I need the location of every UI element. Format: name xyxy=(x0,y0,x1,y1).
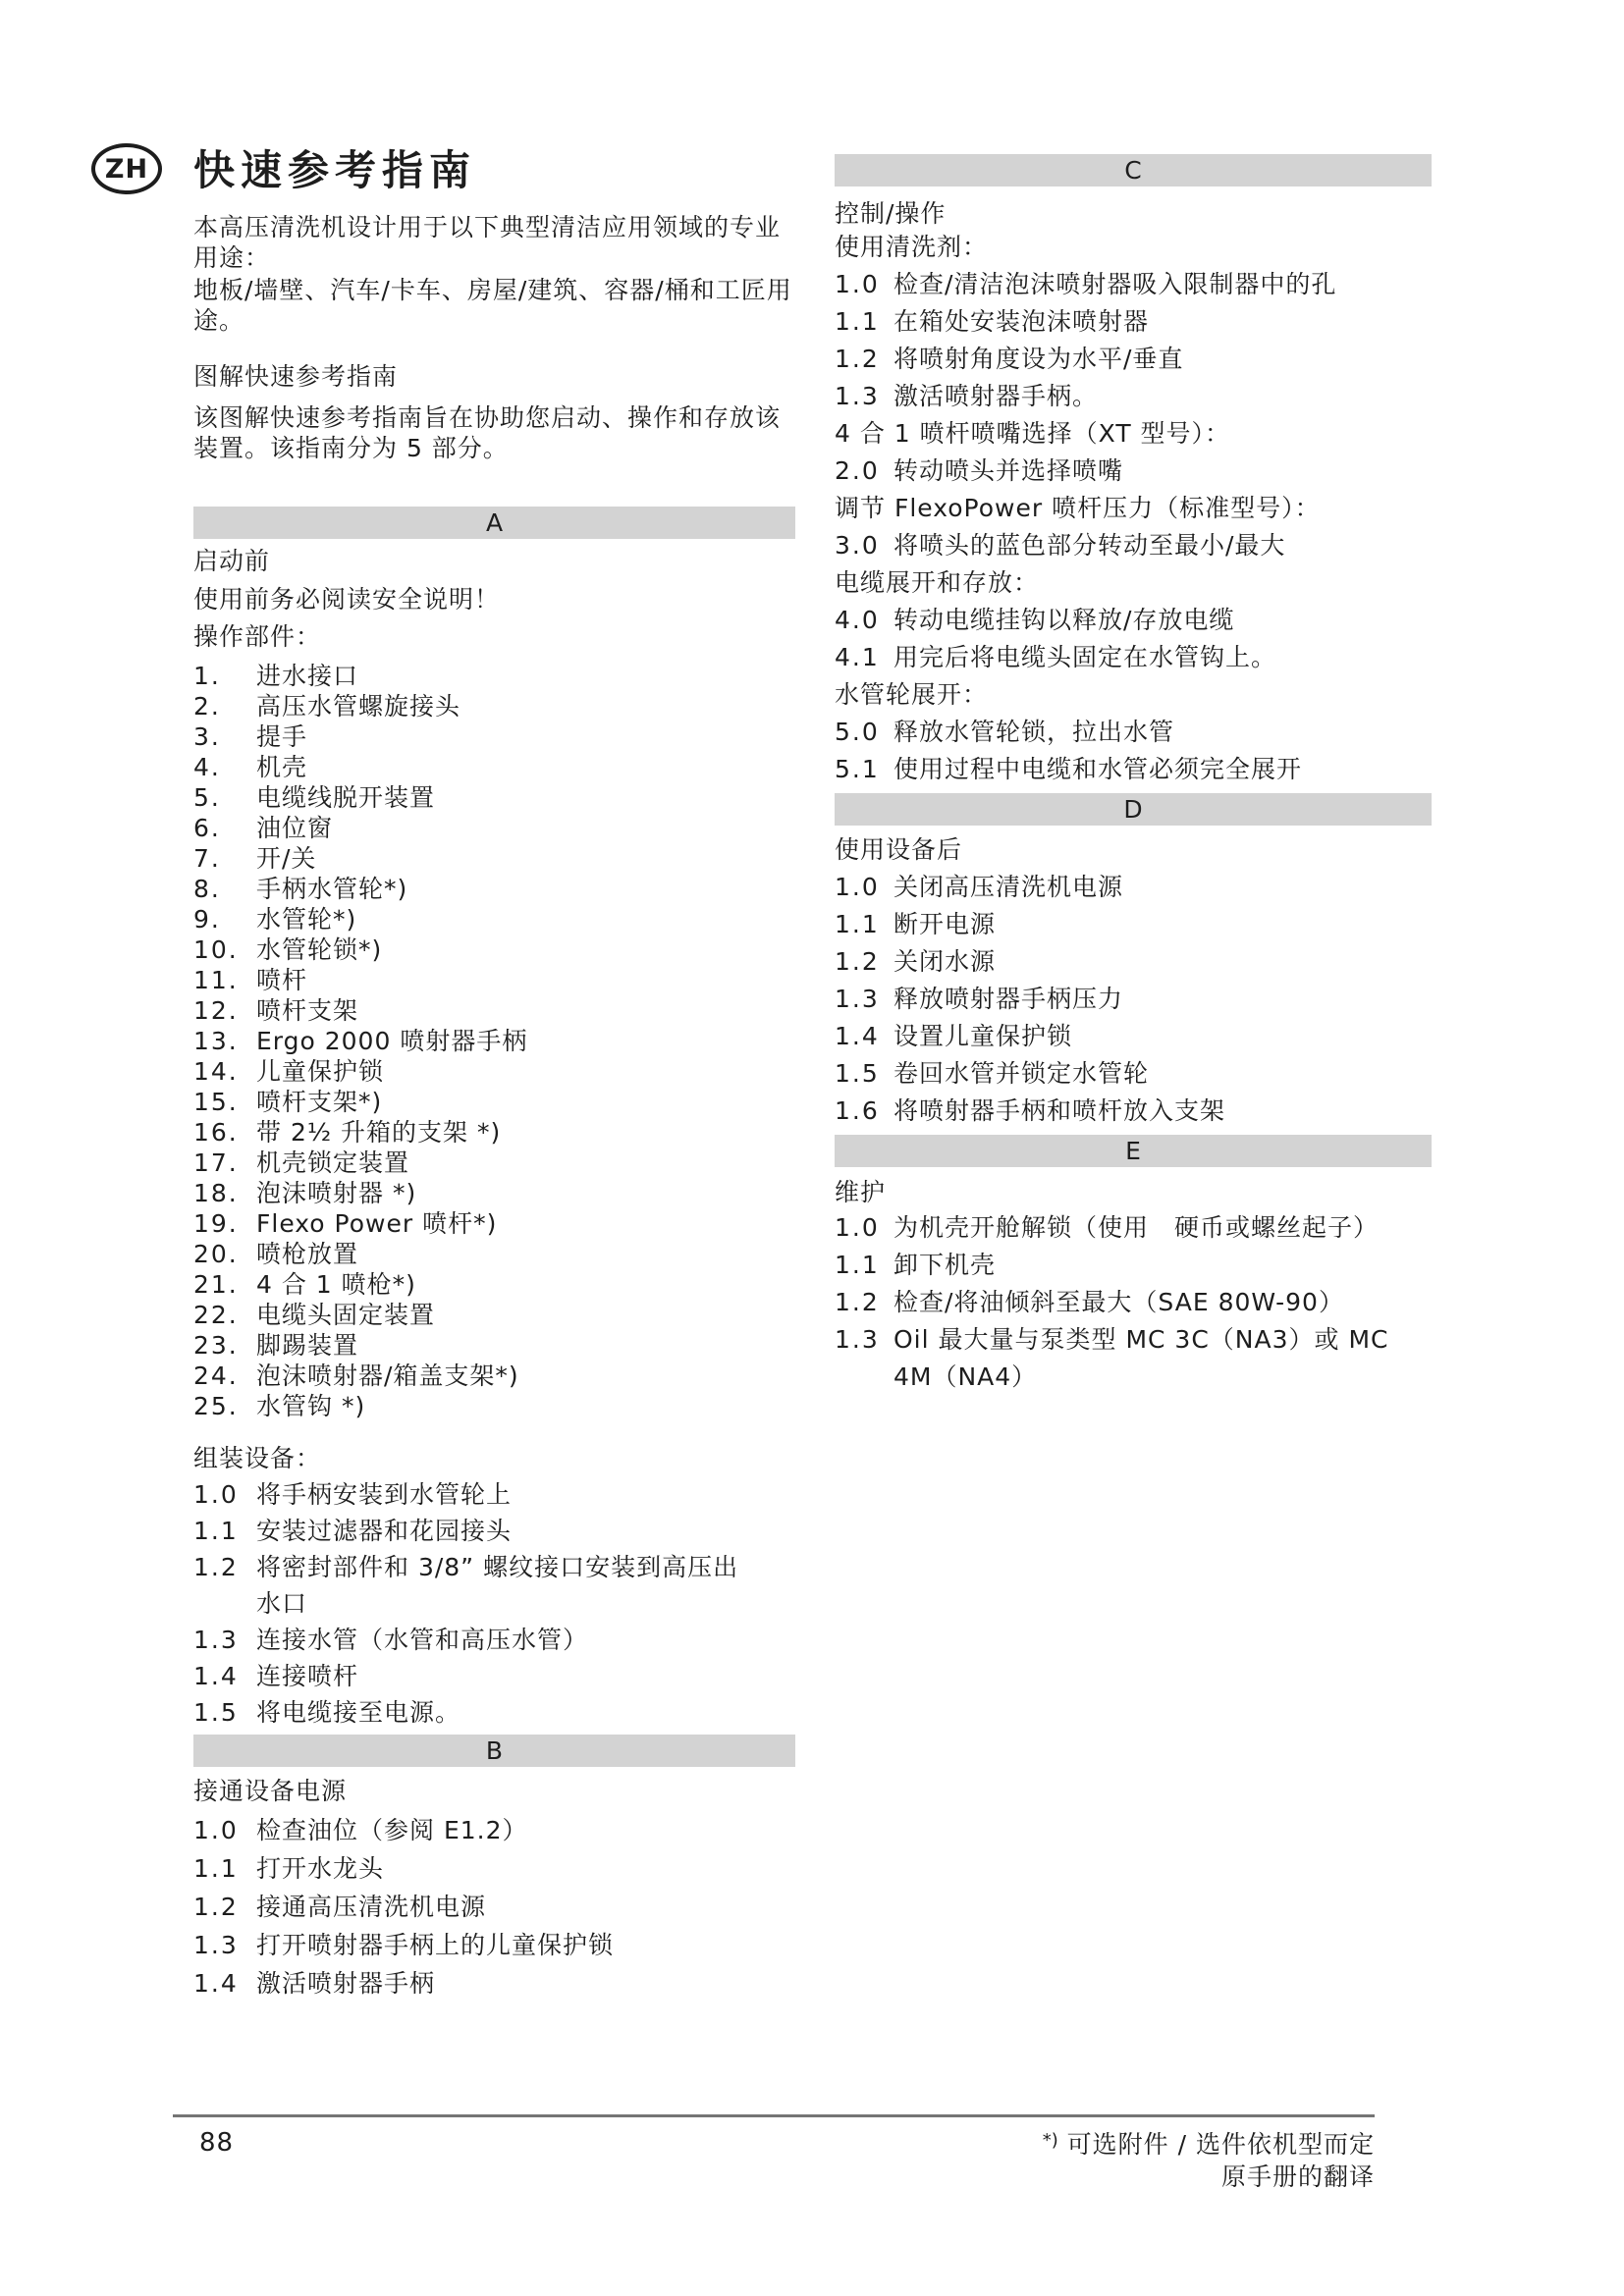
step-row: 1.1 卸下机壳 xyxy=(835,1252,1432,1279)
page-title: 快速参考指南 xyxy=(193,145,795,196)
step-number: 1.1 xyxy=(193,1854,256,1883)
part-number: 2. xyxy=(193,691,256,721)
part-number: 12. xyxy=(193,995,256,1026)
step-text: 卸下机壳 xyxy=(893,1252,1432,1279)
instruction-row: 2.0 转动喷头并选择喷嘴 xyxy=(835,457,1432,485)
footnote: *) 可选附件 / 选件依机型而定 原手册的翻译 xyxy=(1043,2124,1375,2193)
part-row: 5. 电缆线脱开装置 xyxy=(193,782,795,813)
part-text: 水管轮锁*) xyxy=(256,934,795,965)
step-text: 为机壳开舱解锁（使用 硬币或螺丝起子） xyxy=(893,1214,1432,1242)
part-row: 11. 喷杆 xyxy=(193,965,795,995)
part-number: 16. xyxy=(193,1117,256,1148)
part-text: 进水接口 xyxy=(256,661,795,691)
section-a-label: A xyxy=(486,508,503,537)
part-row: 12. 喷杆支架 xyxy=(193,995,795,1026)
step-text: 连接喷杆 xyxy=(256,1662,795,1690)
step-text: 将喷射角度设为水平/垂直 xyxy=(893,346,1432,373)
step-number: 5.0 xyxy=(835,719,893,746)
part-text: 喷杆 xyxy=(256,965,795,995)
section-e-heading: 维护 xyxy=(835,1178,1432,1207)
part-number: 3. xyxy=(193,721,256,752)
step-number: 1.3 xyxy=(193,1931,256,1959)
step-number: 1.3 xyxy=(193,1626,256,1654)
part-number: 15. xyxy=(193,1087,256,1117)
section-a-heading: 启动前 xyxy=(193,546,795,576)
step-row: 1.2 检查/将油倾斜至最大（SAE 80W-90） xyxy=(835,1289,1432,1316)
part-row: 19. Flexo Power 喷杆*) xyxy=(193,1208,795,1239)
step-number: 1.4 xyxy=(835,1023,893,1050)
step-text: 将喷头的蓝色部分转动至最小/最大 xyxy=(893,532,1432,560)
step-row: 1.0 为机壳开舱解锁（使用 硬币或螺丝起子） xyxy=(835,1214,1432,1242)
step-number: 4.0 xyxy=(835,607,893,634)
part-row: 9. 水管轮*) xyxy=(193,904,795,934)
step-text: 水口 xyxy=(256,1589,795,1618)
step-text: 4M（NA4） xyxy=(893,1363,1432,1391)
part-text: 带 2½ 升箱的支架 *) xyxy=(256,1117,795,1148)
step-row: 水口 xyxy=(193,1589,795,1618)
step-text: 关闭高压清洗机电源 xyxy=(893,874,1432,901)
part-text: Flexo Power 喷杆*) xyxy=(256,1208,795,1239)
footnote-marker: *) xyxy=(1043,2130,1058,2151)
step-row: 4M（NA4） xyxy=(835,1363,1432,1391)
part-number: 8. xyxy=(193,874,256,904)
part-number: 6. xyxy=(193,813,256,843)
step-text: 激活喷射器手柄。 xyxy=(893,383,1432,410)
step-number: 1.4 xyxy=(193,1969,256,1998)
step-row: 1.2 接通高压清洗机电源 xyxy=(193,1893,795,1921)
step-text: 检查/将油倾斜至最大（SAE 80W-90） xyxy=(893,1289,1432,1316)
part-number: 25. xyxy=(193,1391,256,1421)
section-bar-b: B xyxy=(193,1735,795,1767)
assembly-heading: 组装设备： xyxy=(193,1443,795,1473)
step-row: 1.4 设置儿童保护锁 xyxy=(835,1023,1432,1050)
step-number: 1.1 xyxy=(835,1252,893,1279)
step-text: 电缆展开和存放： xyxy=(835,569,1432,597)
instruction-row: 4 合 1 喷杆喷嘴选择（XT 型号）： xyxy=(835,420,1432,448)
step-text: 将密封部件和 3/8” 螺纹接口安装到高压出 xyxy=(256,1553,795,1581)
step-number: 1.3 xyxy=(835,986,893,1013)
illustrated-guide-paragraph: 该图解快速参考指南旨在协助您启动、操作和存放该装置。该指南分为 5 部分。 xyxy=(193,402,795,463)
part-text: 4 合 1 喷枪*) xyxy=(256,1269,795,1300)
step-row: 1.0 检查油位（参阅 E1.2） xyxy=(193,1816,795,1844)
section-bar-c: C xyxy=(835,154,1432,187)
step-text: 使用过程中电缆和水管必须完全展开 xyxy=(893,756,1432,783)
part-text: 电缆头固定装置 xyxy=(256,1300,795,1330)
instruction-row: 1.0 检查/清洁泡沫喷射器吸入限制器中的孔 xyxy=(835,271,1432,298)
step-row: 1.3 释放喷射器手柄压力 xyxy=(835,986,1432,1013)
left-column: 快速参考指南 本高压清洗机设计用于以下典型清洁应用领域的专业用途： 地板/墙壁、… xyxy=(193,0,795,2007)
step-text: 打开喷射器手柄上的儿童保护锁 xyxy=(256,1931,795,1959)
part-number: 7. xyxy=(193,843,256,874)
instruction-row: 水管轮展开： xyxy=(835,681,1432,709)
step-text: 释放喷射器手柄压力 xyxy=(893,986,1432,1013)
instruction-row: 5.1 使用过程中电缆和水管必须完全展开 xyxy=(835,756,1432,783)
maintenance-steps-list: 1.0 为机壳开舱解锁（使用 硬币或螺丝起子） 1.1 卸下机壳 1.2 检查/… xyxy=(835,1214,1432,1391)
step-row: 1.5 将电缆接至电源。 xyxy=(193,1698,795,1727)
step-row: 1.3 Oil 最大量与泵类型 MC 3C（NA3）或 MC xyxy=(835,1326,1432,1354)
part-row: 15. 喷杆支架*) xyxy=(193,1087,795,1117)
after-use-steps-list: 1.0 关闭高压清洗机电源 1.1 断开电源 1.2 关闭水源 1.3 释放喷射… xyxy=(835,874,1432,1125)
step-text: 将手柄安装到水管轮上 xyxy=(256,1480,795,1509)
language-badge-label: ZH xyxy=(105,154,148,185)
part-text: Ergo 2000 喷射器手柄 xyxy=(256,1026,795,1056)
section-c-label: C xyxy=(1124,156,1141,185)
step-number: 1.5 xyxy=(193,1698,256,1727)
step-row: 1.3 连接水管（水管和高压水管） xyxy=(193,1626,795,1654)
part-text: 高压水管螺旋接头 xyxy=(256,691,795,721)
part-number: 9. xyxy=(193,904,256,934)
step-row: 1.6 将喷射器手柄和喷杆放入支架 xyxy=(835,1097,1432,1125)
part-row: 25. 水管钩 *) xyxy=(193,1391,795,1421)
step-text: 安装过滤器和花园接头 xyxy=(256,1517,795,1545)
step-text: 水管轮展开： xyxy=(835,681,1432,709)
part-text: 脚踢装置 xyxy=(256,1330,795,1361)
step-row: 1.2 关闭水源 xyxy=(835,948,1432,976)
footnote-line-2: 原手册的翻译 xyxy=(1043,2161,1375,2193)
right-column: C 控制/操作 使用清洗剂： 1.0 检查/清洁泡沫喷射器吸入限制器中的孔 1.… xyxy=(835,0,1432,1401)
step-text: 转动电缆挂钩以释放/存放电缆 xyxy=(893,607,1432,634)
step-row: 1.1 断开电源 xyxy=(835,911,1432,938)
step-row: 1.1 打开水龙头 xyxy=(193,1854,795,1883)
part-row: 17. 机壳锁定装置 xyxy=(193,1148,795,1178)
step-text: 接通高压清洗机电源 xyxy=(256,1893,795,1921)
instruction-row: 1.3 激活喷射器手柄。 xyxy=(835,383,1432,410)
section-e-label: E xyxy=(1125,1137,1141,1165)
step-number: 5.1 xyxy=(835,756,893,783)
step-number: 1.3 xyxy=(835,383,893,410)
part-number: 14. xyxy=(193,1056,256,1087)
step-text: 将电缆接至电源。 xyxy=(256,1698,795,1727)
part-row: 20. 喷枪放置 xyxy=(193,1239,795,1269)
part-text: 喷杆支架*) xyxy=(256,1087,795,1117)
part-number: 5. xyxy=(193,782,256,813)
part-number: 13. xyxy=(193,1026,256,1056)
part-text: 机壳锁定装置 xyxy=(256,1148,795,1178)
section-bar-d: D xyxy=(835,793,1432,826)
step-number: 1.3 xyxy=(835,1326,893,1354)
footer-rule xyxy=(173,2114,1375,2117)
step-text: 断开电源 xyxy=(893,911,1432,938)
step-number xyxy=(193,1589,256,1618)
step-text: 检查/清洁泡沫喷射器吸入限制器中的孔 xyxy=(893,271,1432,298)
instruction-row: 电缆展开和存放： xyxy=(835,569,1432,597)
step-text: 激活喷射器手柄 xyxy=(256,1969,795,1998)
part-number: 17. xyxy=(193,1148,256,1178)
step-number: 1.5 xyxy=(835,1060,893,1088)
part-number: 22. xyxy=(193,1300,256,1330)
part-text: 泡沫喷射器/箱盖支架*) xyxy=(256,1361,795,1391)
step-number: 1.2 xyxy=(193,1893,256,1921)
step-number: 1.1 xyxy=(193,1517,256,1545)
part-text: 手柄水管轮*) xyxy=(256,874,795,904)
part-text: 电缆线脱开装置 xyxy=(256,782,795,813)
step-number: 1.1 xyxy=(835,308,893,336)
part-row: 24. 泡沫喷射器/箱盖支架*) xyxy=(193,1361,795,1391)
operating-parts-heading: 操作部件： xyxy=(193,621,795,652)
part-text: 机壳 xyxy=(256,752,795,782)
instruction-row: 使用清洗剂： xyxy=(835,234,1432,261)
instruction-row: 5.0 释放水管轮锁，拉出水管 xyxy=(835,719,1432,746)
step-number: 1.0 xyxy=(835,874,893,901)
part-row: 1. 进水接口 xyxy=(193,661,795,691)
part-text: 喷枪放置 xyxy=(256,1239,795,1269)
footnote-text: 可选附件 / 选件依机型而定 xyxy=(1067,2130,1375,2159)
step-number: 2.0 xyxy=(835,457,893,485)
part-number: 18. xyxy=(193,1178,256,1208)
step-row: 1.5 卷回水管并锁定水管轮 xyxy=(835,1060,1432,1088)
step-number: 3.0 xyxy=(835,532,893,560)
step-number: 4.1 xyxy=(835,644,893,671)
step-text: 连接水管（水管和高压水管） xyxy=(256,1626,795,1654)
part-row: 4. 机壳 xyxy=(193,752,795,782)
section-b-heading: 接通设备电源 xyxy=(193,1776,795,1806)
part-row: 23. 脚踢装置 xyxy=(193,1330,795,1361)
step-number: 1.2 xyxy=(835,1289,893,1316)
power-on-steps-list: 1.0 检查油位（参阅 E1.2） 1.1 打开水龙头 1.2 接通高压清洗机电… xyxy=(193,1816,795,1998)
footnote-line-1: *) 可选附件 / 选件依机型而定 xyxy=(1043,2124,1375,2161)
part-number: 4. xyxy=(193,752,256,782)
step-number: 1.0 xyxy=(193,1480,256,1509)
part-row: 22. 电缆头固定装置 xyxy=(193,1300,795,1330)
part-number: 11. xyxy=(193,965,256,995)
part-text: 泡沫喷射器 *) xyxy=(256,1178,795,1208)
part-text: 油位窗 xyxy=(256,813,795,843)
step-text: 用完后将电缆头固定在水管钩上。 xyxy=(893,644,1432,671)
instruction-row: 4.1 用完后将电缆头固定在水管钩上。 xyxy=(835,644,1432,671)
part-row: 21. 4 合 1 喷枪*) xyxy=(193,1269,795,1300)
part-row: 3. 提手 xyxy=(193,721,795,752)
step-number: 1.2 xyxy=(835,948,893,976)
part-row: 13. Ergo 2000 喷射器手柄 xyxy=(193,1026,795,1056)
section-bar-a: A xyxy=(193,507,795,539)
step-number: 1.2 xyxy=(193,1553,256,1581)
intro-paragraph-1: 本高压清洗机设计用于以下典型清洁应用领域的专业用途： xyxy=(193,212,795,273)
part-row: 7. 开/关 xyxy=(193,843,795,874)
part-row: 14. 儿童保护锁 xyxy=(193,1056,795,1087)
part-text: 开/关 xyxy=(256,843,795,874)
step-row: 1.4 激活喷射器手柄 xyxy=(193,1969,795,1998)
part-row: 2. 高压水管螺旋接头 xyxy=(193,691,795,721)
step-text: 卷回水管并锁定水管轮 xyxy=(893,1060,1432,1088)
part-text: 提手 xyxy=(256,721,795,752)
instruction-row: 3.0 将喷头的蓝色部分转动至最小/最大 xyxy=(835,532,1432,560)
section-bar-e: E xyxy=(835,1135,1432,1167)
part-number: 21. xyxy=(193,1269,256,1300)
step-text: 转动喷头并选择喷嘴 xyxy=(893,457,1432,485)
part-number: 1. xyxy=(193,661,256,691)
step-text: 打开水龙头 xyxy=(256,1854,795,1883)
part-number: 10. xyxy=(193,934,256,965)
illustrated-guide-heading: 图解快速参考指南 xyxy=(193,361,795,392)
section-c-heading: 控制/操作 xyxy=(835,199,1432,229)
step-text: 设置儿童保护锁 xyxy=(893,1023,1432,1050)
part-number: 24. xyxy=(193,1361,256,1391)
control-operation-rows: 使用清洗剂： 1.0 检查/清洁泡沫喷射器吸入限制器中的孔 1.1 在箱处安装泡… xyxy=(835,234,1432,783)
step-row: 1.1 安装过滤器和花园接头 xyxy=(193,1517,795,1545)
part-row: 10. 水管轮锁*) xyxy=(193,934,795,965)
step-text: Oil 最大量与泵类型 MC 3C（NA3）或 MC xyxy=(893,1326,1432,1354)
instruction-row: 1.2 将喷射角度设为水平/垂直 xyxy=(835,346,1432,373)
instruction-row: 1.1 在箱处安装泡沫喷射器 xyxy=(835,308,1432,336)
section-a-safety-note: 使用前务必阅读安全说明！ xyxy=(193,584,795,614)
part-row: 8. 手柄水管轮*) xyxy=(193,874,795,904)
step-text: 在箱处安装泡沫喷射器 xyxy=(893,308,1432,336)
step-number: 1.1 xyxy=(835,911,893,938)
section-d-heading: 使用设备后 xyxy=(835,835,1432,865)
section-b-label: B xyxy=(486,1736,503,1765)
step-row: 1.0 关闭高压清洗机电源 xyxy=(835,874,1432,901)
document-page: ZH 快速参考指南 本高压清洗机设计用于以下典型清洁应用领域的专业用途： 地板/… xyxy=(0,0,1624,2296)
part-text: 儿童保护锁 xyxy=(256,1056,795,1087)
language-badge: ZH xyxy=(91,143,162,194)
step-text: 使用清洗剂： xyxy=(835,234,1432,261)
part-row: 16. 带 2½ 升箱的支架 *) xyxy=(193,1117,795,1148)
page-number: 88 xyxy=(199,2128,234,2158)
step-number: 1.6 xyxy=(835,1097,893,1125)
part-text: 喷杆支架 xyxy=(256,995,795,1026)
part-text: 水管钩 *) xyxy=(256,1391,795,1421)
step-number: 1.0 xyxy=(193,1816,256,1844)
part-number: 19. xyxy=(193,1208,256,1239)
step-number: 1.2 xyxy=(835,346,893,373)
step-number xyxy=(835,1363,893,1391)
part-text: 水管轮*) xyxy=(256,904,795,934)
step-row: 1.0 将手柄安装到水管轮上 xyxy=(193,1480,795,1509)
step-text: 检查油位（参阅 E1.2） xyxy=(256,1816,795,1844)
part-row: 6. 油位窗 xyxy=(193,813,795,843)
part-row: 18. 泡沫喷射器 *) xyxy=(193,1178,795,1208)
step-number: 1.0 xyxy=(835,1214,893,1242)
step-row: 1.3 打开喷射器手柄上的儿童保护锁 xyxy=(193,1931,795,1959)
step-text: 4 合 1 喷杆喷嘴选择（XT 型号）： xyxy=(835,420,1432,448)
operating-parts-list: 1. 进水接口 2. 高压水管螺旋接头 3. 提手 4. 机壳 xyxy=(193,661,795,1421)
part-number: 23. xyxy=(193,1330,256,1361)
step-number: 1.4 xyxy=(193,1662,256,1690)
step-number: 1.0 xyxy=(835,271,893,298)
instruction-row: 4.0 转动电缆挂钩以释放/存放电缆 xyxy=(835,607,1432,634)
step-text: 调节 FlexoPower 喷杆压力（标准型号）： xyxy=(835,495,1432,522)
step-row: 1.4 连接喷杆 xyxy=(193,1662,795,1690)
section-d-label: D xyxy=(1123,795,1142,824)
step-text: 释放水管轮锁，拉出水管 xyxy=(893,719,1432,746)
assembly-steps-list: 1.0 将手柄安装到水管轮上 1.1 安装过滤器和花园接头 1.2 将密封部件和… xyxy=(193,1480,795,1727)
instruction-row: 调节 FlexoPower 喷杆压力（标准型号）： xyxy=(835,495,1432,522)
part-number: 20. xyxy=(193,1239,256,1269)
intro-paragraph-2: 地板/墙壁、汽车/卡车、房屋/建筑、容器/桶和工匠用途。 xyxy=(193,275,795,336)
step-text: 关闭水源 xyxy=(893,948,1432,976)
step-row: 1.2 将密封部件和 3/8” 螺纹接口安装到高压出 xyxy=(193,1553,795,1581)
step-text: 将喷射器手柄和喷杆放入支架 xyxy=(893,1097,1432,1125)
